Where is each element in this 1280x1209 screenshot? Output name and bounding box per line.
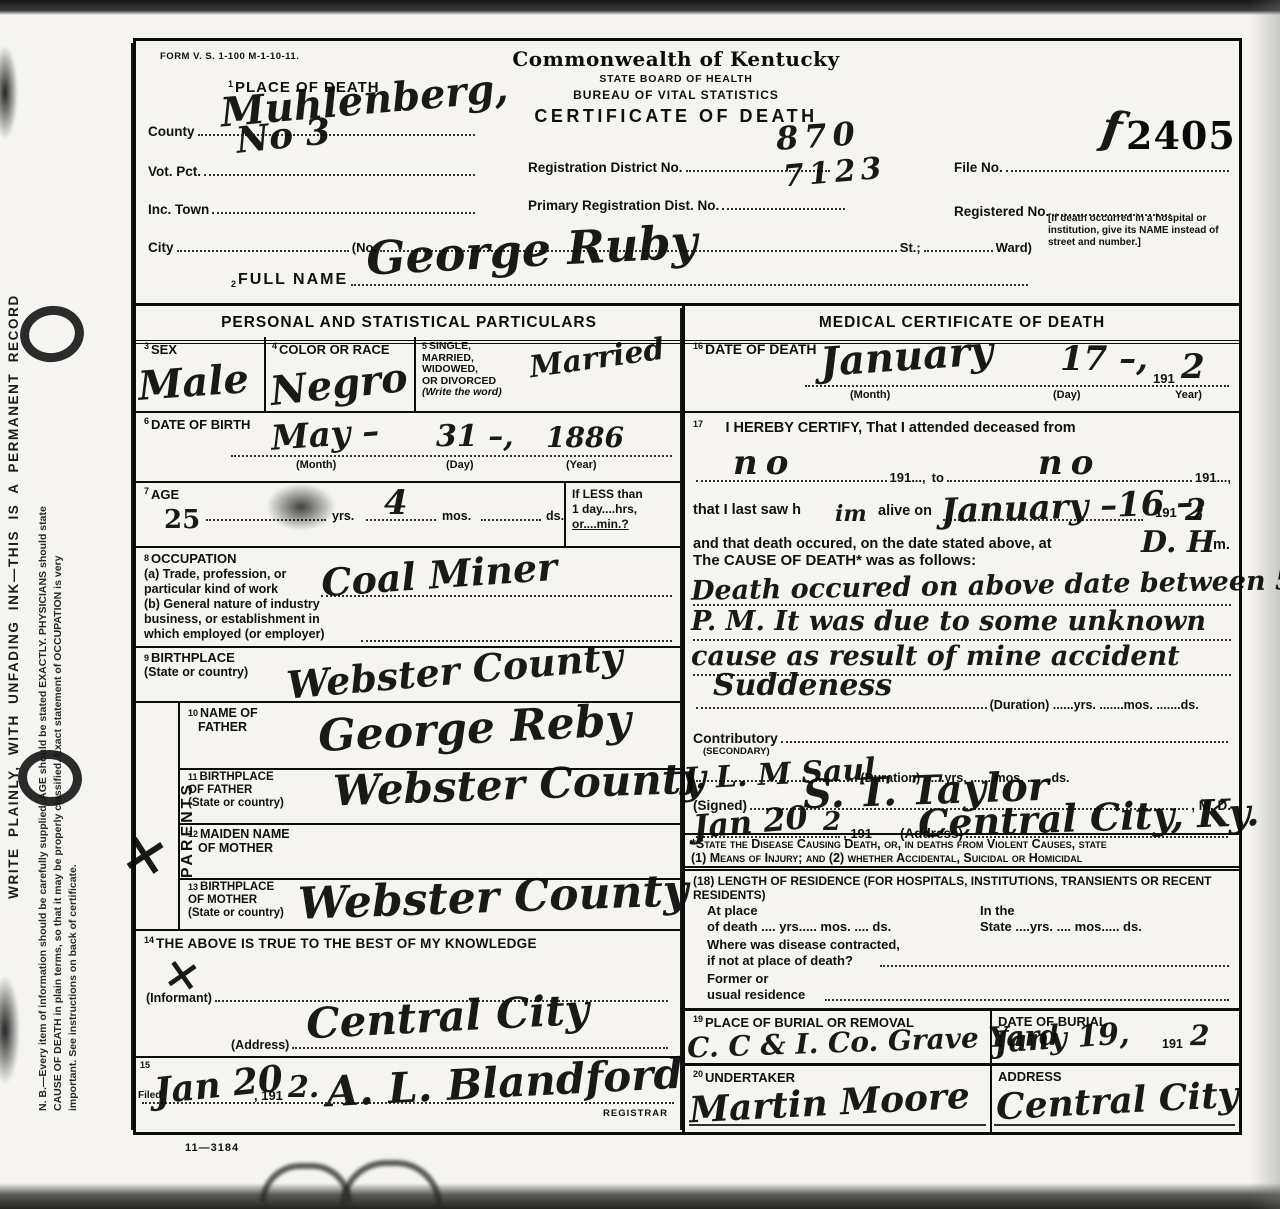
dob-sub-day: (Day): [446, 459, 474, 471]
age-less-than-box: If LESS than 1 day....hrs, or....min.?: [564, 483, 682, 546]
file-no-label: File No.: [954, 160, 1003, 175]
age-mos-label: mos.: [442, 509, 471, 523]
county-value: Muhlenberg,: [219, 65, 511, 137]
dotted-line: [781, 739, 1228, 743]
father-name-label: FATHER: [198, 720, 247, 734]
race-field: 4COLOR OR RACE Negro: [264, 337, 416, 411]
occupation-a-label: particular kind of work: [144, 582, 278, 596]
field-number: 13: [188, 882, 198, 892]
primary-registration-label: Primary Registration Dist. No.: [528, 198, 719, 213]
to-label: to: [932, 470, 944, 485]
disease-note-line2: (1) Means of Injury; and (2) whether Acc…: [691, 851, 1235, 865]
margin-nb-line1: N. B.—Every item of information should b…: [36, 82, 51, 1111]
father-name-label: NAME OF: [200, 706, 258, 720]
father-birthplace-label: BIRTHPLACE: [200, 771, 274, 783]
dob-sub-year: (Year): [566, 459, 597, 471]
sex-value: Male: [136, 355, 250, 410]
at-place-tokens: of death .... yrs..... mos. .... ds.: [707, 919, 891, 934]
age-label: AGE: [151, 487, 179, 502]
filed-year-value: 2.: [288, 1070, 319, 1105]
age-writing-line: [206, 519, 326, 521]
date-of-burial-field: DATE OF BURIAL Jany 19, 191 2: [990, 1011, 1239, 1063]
inc-town-field: Inc. Town: [148, 187, 478, 217]
dod-sub-year: Year): [1175, 389, 1202, 401]
duration-tokens: (Duration) ......yrs. .......mos. ......…: [860, 771, 1069, 785]
dotted-line: [696, 778, 857, 782]
marital-label: SINGLE,: [429, 340, 471, 352]
in-state-label: In the: [980, 903, 1015, 918]
age-years-value: 25: [164, 505, 200, 535]
registration-district-label: Registration District No.: [528, 160, 683, 175]
field-number: 11: [188, 772, 198, 782]
father-name-field: 10NAME OF FATHER George Reby: [178, 703, 682, 770]
full-name-label: FULL NAME: [238, 271, 348, 289]
duration-tokens: (Duration) ......yrs. .......mos. ......…: [990, 698, 1199, 712]
field-number: 8: [144, 553, 149, 563]
scanned-death-certificate: WRITE PLAINLY, WITH UNFADING INK—THIS IS…: [0, 0, 1280, 1209]
field-number: 3: [144, 341, 149, 351]
file-no-stamp: 2405: [1126, 113, 1236, 158]
dotted-line: [198, 132, 476, 136]
father-birthplace-field: 11BIRTHPLACE OF FATHER (State or country…: [178, 768, 682, 825]
cause-duration-line: (Duration) ......yrs. .......mos. ......…: [693, 690, 1231, 712]
field-number: 9: [144, 653, 149, 663]
cause-value-line3: cause as result of mine accident: [691, 641, 1180, 672]
sex-label: SEX: [151, 342, 177, 357]
disease-note-line1: *State the Disease Causing Death, or, in…: [691, 837, 1235, 851]
length-of-residence-block: (18) LENGTH OF RESIDENCE (FOR HOSPITALS,…: [685, 871, 1239, 1011]
age-less-label: If LESS than: [572, 487, 643, 501]
scan-smudge-arc-2: [340, 1160, 442, 1206]
hospital-note: [If death occurred in a hospital or inst…: [1048, 213, 1234, 249]
address-writing-line: [994, 1124, 1235, 1126]
city-st-label: St.;: [900, 240, 921, 255]
former-line1: Former or: [707, 971, 768, 986]
cause-of-death-block: The CAUSE OF DEATH* was as follows: Deat…: [685, 548, 1239, 763]
printed-year: 191...,: [1195, 470, 1231, 485]
age-ds-label: ds.: [546, 509, 564, 523]
father-birthplace-label: OF FATHER: [188, 784, 252, 796]
filed-label: Filed: [138, 1090, 161, 1101]
burial-date-label: DATE OF BURIAL: [990, 1011, 1239, 1029]
informant-address-label: (Address): [231, 1038, 289, 1052]
voting-precinct-field: Vot. Pct. No 3: [148, 149, 478, 179]
field-number: 5: [422, 341, 427, 351]
file-no-field: File No. f 2405: [954, 145, 1232, 175]
dotted-line: [1006, 168, 1229, 172]
age-writing-line: [481, 519, 541, 521]
age-scribble-smudge: [266, 483, 336, 531]
city-ward-label: Ward): [996, 240, 1032, 255]
secondary-duration-line: (Duration) ......yrs. .......mos. ......…: [693, 767, 1231, 785]
field-number: 19: [693, 1014, 703, 1024]
field-number: 10: [188, 708, 198, 718]
margin-write-plainly: WRITE PLAINLY, WITH UNFADING INK—THIS IS…: [6, 40, 21, 1153]
saw-writing-line: [943, 519, 1143, 521]
personal-particulars-column: PERSONAL AND STATISTICAL PARTICULARS 3SE…: [136, 303, 682, 1135]
saw-year-value: 2: [1185, 493, 1206, 528]
scan-smudge-arc-1: [260, 1163, 352, 1203]
signed-md-label: , M. D.: [1191, 798, 1231, 813]
dotted-line: [947, 478, 1192, 482]
birthplace-sub-label: (State or country): [144, 665, 248, 679]
dotted-line: [215, 998, 668, 1002]
cause-writing-line: [693, 604, 1231, 606]
dob-label: DATE OF BIRTH: [151, 417, 250, 432]
county-label: County: [148, 124, 195, 139]
age-row: 7AGE 25 yrs. 4 mos. ds. If LESS than 1 d…: [136, 483, 682, 548]
field-number: 12: [188, 829, 198, 839]
dotted-line: [696, 478, 887, 482]
certify-from-line: 191..., to 191..., no no: [693, 465, 1231, 485]
registration-district-field: Registration District No. 870: [528, 145, 833, 175]
race-label: COLOR OR RACE: [279, 342, 390, 357]
undertaker-field: 20UNDERTAKER Martin Moore: [685, 1066, 992, 1135]
medical-certificate-column: MEDICAL CERTIFICATE OF DEATH 16DATE OF D…: [682, 303, 1239, 1135]
dotted-line: [696, 705, 987, 709]
cause-writing-line: [693, 639, 1231, 641]
place-of-death-label: PLACE OF DEATH: [235, 79, 380, 96]
undertaker-address-field: ADDRESS Central City: [990, 1066, 1239, 1135]
field-number: 14: [144, 935, 154, 945]
filed-block: 15 Filed Jan 20 , 191 2. A. L. Blandford…: [136, 1058, 682, 1135]
bureau-label: BUREAU OF VITAL STATISTICS: [506, 88, 846, 102]
burial-label: PLACE OF BURIAL OR REMOVAL: [705, 1015, 914, 1030]
dotted-line: [924, 248, 993, 252]
residence-heading: (18) LENGTH OF RESIDENCE (FOR HOSPITALS,…: [685, 871, 1239, 902]
margin-instructions: WRITE PLAINLY, WITH UNFADING INK—THIS IS…: [6, 40, 124, 1153]
birthplace-row: 9BIRTHPLACE (State or country) Webster C…: [136, 648, 682, 703]
occupation-b-label: (b) General nature of industry: [144, 597, 320, 611]
scan-edge-bottom: [0, 1183, 1280, 1209]
occupation-b-line: [361, 640, 672, 642]
primary-registration-field: Primary Registration Dist. No. 7123: [528, 183, 848, 213]
at-place-labels: At place of death .... yrs..... mos. ...…: [707, 903, 891, 935]
at-place-label: At place: [707, 903, 758, 918]
saw-alive-label: alive on: [878, 503, 932, 519]
birthplace-label: BIRTHPLACE: [151, 650, 235, 665]
informant-field: (Informant): [146, 979, 671, 1005]
parents-vertical-label: PARENTS ×: [136, 703, 180, 929]
dod-label: DATE OF DEATH: [705, 341, 816, 357]
date-of-death-row: 16DATE OF DEATH January 17 –, 191 2 (Mon…: [685, 337, 1239, 413]
cause-label: The CAUSE OF DEATH* was as follows:: [685, 548, 1239, 569]
informant-address-field: (Address) Central City: [231, 1026, 671, 1052]
state-board-label: STATE BOARD OF HEALTH: [506, 73, 846, 85]
filed-writing-line: [142, 1102, 674, 1104]
mother-birthplace-label: BIRTHPLACE: [200, 881, 274, 893]
dotted-line: [177, 248, 349, 252]
contracted-line2: if not at place of death?: [707, 953, 853, 968]
undertaker-label: UNDERTAKER: [705, 1070, 795, 1085]
occupation-a-line: [321, 595, 672, 597]
contributory-field: Contributory: [693, 726, 1231, 746]
truth-label: THE ABOVE IS TRUE TO THE BEST OF MY KNOW…: [156, 936, 537, 951]
place-of-death-heading: 1PLACE OF DEATH: [228, 79, 380, 97]
in-state-tokens: State ....yrs. .... mos..... ds.: [980, 919, 1142, 934]
cause-writing-line: [693, 674, 1231, 676]
place-of-burial-field: 19PLACE OF BURIAL OR REMOVAL C. C & I. C…: [685, 1011, 992, 1063]
header-center: Commonwealth of Kentucky STATE BOARD OF …: [506, 47, 846, 127]
disease-note: *State the Disease Causing Death, or, in…: [685, 833, 1239, 871]
race-value: Negro: [268, 354, 410, 415]
age-writing-line: [366, 519, 436, 521]
margin-nb-line2: CAUSE OF DEATH in plain terms, so that i…: [51, 82, 66, 1111]
occupation-a-label: (a) Trade, profession, or: [144, 567, 286, 581]
signed-field: (Signed) , M. D. S. T. Taylor: [693, 793, 1231, 813]
filed-year-printed: , 191: [254, 1088, 283, 1103]
field-number: 7: [144, 486, 149, 496]
mother-birthplace-sub-label: (State or country): [188, 907, 284, 919]
certificate-form: FORM V. S. 1-100 M-1-10-11. Commonwealth…: [133, 38, 1242, 1135]
inc-town-label: Inc. Town: [148, 202, 209, 217]
field-number: 16: [693, 341, 703, 351]
marital-label: OR DIVORCED: [422, 375, 496, 387]
burial-date-year-printed: 191: [1162, 1037, 1183, 1051]
attended-to-value: no: [1038, 443, 1101, 483]
marital-label: MARRIED,: [422, 352, 474, 364]
full-name-field: 2 FULL NAME George Ruby: [231, 257, 1031, 289]
dod-sub-day: (Day): [1053, 389, 1081, 401]
commonwealth-title: Commonwealth of Kentucky: [506, 47, 846, 71]
field-number: 2: [231, 279, 236, 289]
county-field: County Muhlenberg,: [148, 109, 478, 139]
cause-value-line1: Death occured on above date between 5 + …: [691, 564, 1280, 607]
dotted-line: [380, 248, 897, 252]
in-state-labels: In the State ....yrs. .... mos..... ds.: [980, 903, 1142, 935]
mother-maiden-label: MAIDEN NAME: [200, 827, 290, 841]
dod-year-printed: 191: [1153, 371, 1175, 386]
cause-value-line2: P. M. It was due to some unknown: [691, 606, 1206, 637]
certify-text: I HEREBY CERTIFY, That I attended deceas…: [725, 420, 1075, 436]
occupation-row: 8OCCUPATION (a) Trade, profession, or pa…: [136, 548, 682, 648]
age-less-label: or....min.?: [572, 517, 629, 531]
scan-shade-right: [1250, 0, 1280, 1209]
contracted-writing-line: [880, 965, 1229, 967]
registrar-label: REGISTRAR: [603, 1108, 668, 1119]
occupation-b-label: business, or establishment in: [144, 612, 320, 626]
sex-field: 3SEX Male: [136, 337, 266, 411]
field-number: 6: [144, 416, 149, 426]
field-number: 1: [228, 79, 233, 89]
printed-year: 191...,: [890, 470, 926, 485]
undertaker-writing-line: [689, 1124, 986, 1126]
dotted-line: [750, 806, 1188, 810]
x-mark: ×: [116, 817, 176, 891]
dotted-line: [722, 206, 845, 210]
dotted-line: [351, 282, 1028, 286]
field-number: 17: [693, 419, 703, 429]
city-label: City: [148, 240, 174, 255]
field-number: 20: [693, 1069, 703, 1079]
field-number: 15: [140, 1060, 150, 1070]
former-writing-line: [825, 999, 1229, 1001]
father-birthplace-sub-label: (State or country): [188, 797, 284, 809]
informant-block: 14THE ABOVE IS TRUE TO THE BEST OF MY KN…: [136, 931, 682, 1058]
undertaker-row: 20UNDERTAKER Martin Moore ADDRESS Centra…: [685, 1066, 1239, 1135]
contributory-label: Contributory: [693, 730, 778, 746]
filed-date-value: Jan 20: [152, 1057, 285, 1112]
age-yrs-label: yrs.: [332, 509, 354, 523]
occupation-label: OCCUPATION: [151, 551, 236, 566]
plate-number: 11—3184: [185, 1142, 239, 1154]
marital-label: WIDOWED,: [422, 363, 478, 375]
margin-nb-line3: important. See instructions on back of c…: [66, 82, 81, 1111]
age-less-label: 1 day....hrs,: [572, 502, 637, 516]
scan-edge-top: [0, 0, 1280, 15]
dotted-line: [204, 172, 475, 176]
mother-maiden-name-field: 12MAIDEN NAME OF MOTHER: [178, 823, 682, 880]
secondary-label: (SECONDARY): [703, 746, 770, 757]
last-saw-line: that I last saw h im alive on January –1…: [693, 501, 1231, 527]
certify-block: 17 I HEREBY CERTIFY, That I attended dec…: [685, 413, 1239, 548]
registered-no-label: Registered No.: [954, 204, 1049, 219]
file-no-flourish: f: [1098, 100, 1125, 156]
undertaker-address-label: ADDRESS: [990, 1066, 1239, 1084]
mother-birthplace-field: 13BIRTHPLACE OF MOTHER (State or country…: [178, 878, 682, 931]
burial-row: 19PLACE OF BURIAL OR REMOVAL C. C & I. C…: [685, 1011, 1239, 1066]
occupation-b-label: which employed (or employer): [144, 627, 325, 641]
informant-label: (Informant): [146, 991, 212, 1005]
city-no-label: (No.: [352, 240, 377, 255]
saw-prefix: that I last saw h: [693, 502, 801, 518]
marital-status-field: 5SINGLE, MARRIED, WIDOWED, OR DIVORCED (…: [414, 337, 682, 411]
contracted-label: Where was disease contracted, if not at …: [707, 937, 900, 969]
saw-him-value: im: [835, 501, 867, 527]
registrar-signature: A. L. Blandford: [325, 1049, 684, 1117]
dotted-line: [212, 210, 475, 214]
signed-label: (Signed): [693, 798, 747, 813]
city-field: City (No. St.; Ward): [148, 225, 1032, 255]
mother-maiden-label: OF MOTHER: [198, 841, 273, 855]
sex-race-marital-row: 3SEX Male 4COLOR OR RACE Negro 5SINGLE, …: [136, 337, 682, 413]
dob-writing-line: [231, 455, 672, 457]
former-residence-label: Former or usual residence: [707, 971, 805, 1003]
form-number: FORM V. S. 1-100 M-1-10-11.: [160, 51, 299, 62]
dotted-line: [686, 168, 830, 172]
dod-sub-month: (Month): [850, 389, 890, 401]
certificate-title: CERTIFICATE OF DEATH: [506, 106, 846, 127]
marital-write-word-label: (Write the word): [422, 386, 502, 398]
dotted-line: [292, 1045, 668, 1049]
contracted-line1: Where was disease contracted,: [707, 937, 900, 952]
saw-year-printed: 191: [1155, 505, 1177, 520]
former-line2: usual residence: [707, 987, 805, 1002]
voting-precinct-label: Vot. Pct.: [148, 164, 201, 179]
dob-sub-month: (Month): [296, 459, 336, 471]
field-number: 4: [272, 341, 277, 351]
parents-block: PARENTS × 10NAME OF FATHER George Reby 1…: [136, 703, 682, 931]
signed-block: (Duration) ......yrs. .......mos. ......…: [685, 763, 1239, 833]
attended-from-value: no: [733, 443, 796, 483]
date-of-birth-row: 6DATE OF BIRTH May – 31 –, 1886 (Month) …: [136, 413, 682, 483]
mother-birthplace-label: OF MOTHER: [188, 894, 257, 906]
